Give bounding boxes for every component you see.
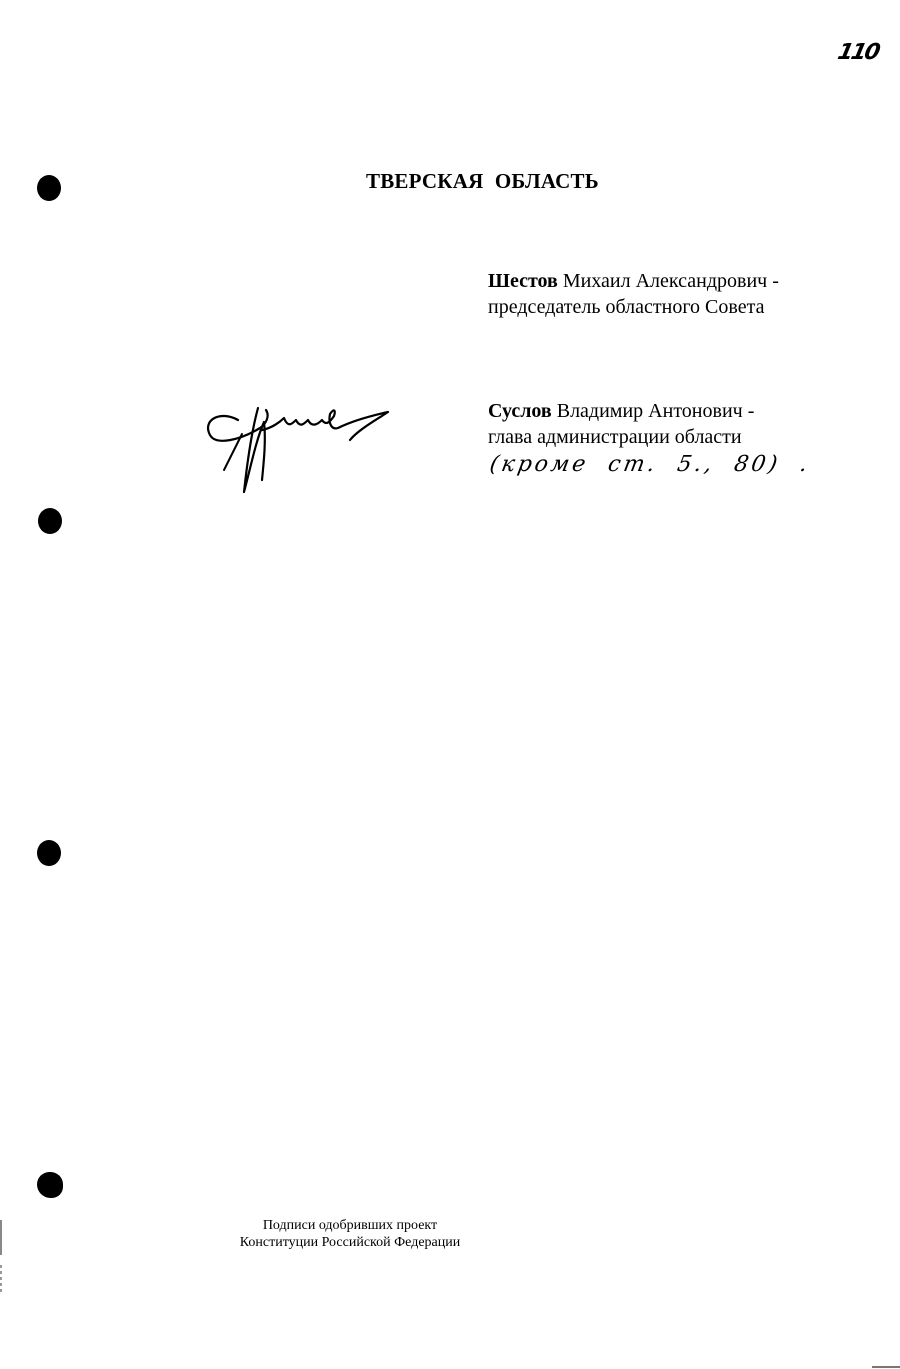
- signatory-surname: Шестов: [488, 270, 558, 292]
- punch-hole: [37, 1172, 63, 1198]
- signatory-suslov: Суслов Владимир Антонович - глава админи…: [488, 398, 754, 450]
- signature-icon: [200, 400, 400, 495]
- region-title: ТВЕРСКАЯ ОБЛАСТЬ: [366, 169, 599, 194]
- footer-caption: Подписи одобривших проект Конституции Ро…: [200, 1217, 500, 1251]
- page-number: 110: [835, 40, 880, 65]
- signatory-name-line: Суслов Владимир Антонович -: [488, 398, 754, 424]
- signatory-surname: Суслов: [488, 400, 552, 422]
- signatory-shestov: Шестов Михаил Александрович - председате…: [488, 268, 779, 320]
- signatory-given-name: Владимир Антонович -: [557, 400, 755, 422]
- footer-line-1: Подписи одобривших проект: [200, 1217, 500, 1234]
- scan-edge-rule: [872, 1366, 900, 1368]
- footer-line-2: Конституции Российской Федерации: [200, 1234, 500, 1251]
- signatory-given-name: Михаил Александрович -: [563, 270, 779, 292]
- punch-hole: [37, 175, 61, 201]
- scan-edge-mark: [0, 1265, 2, 1295]
- signatory-position: председатель областного Совета: [488, 294, 779, 320]
- punch-hole: [38, 508, 62, 534]
- scan-edge-mark: [0, 1220, 2, 1255]
- signatory-position: глава администрации области: [488, 424, 754, 450]
- signatory-name-line: Шестов Михаил Александрович -: [488, 268, 779, 294]
- handwritten-note: (кроме ст. 5., 80) .: [488, 452, 812, 477]
- punch-hole: [37, 840, 61, 866]
